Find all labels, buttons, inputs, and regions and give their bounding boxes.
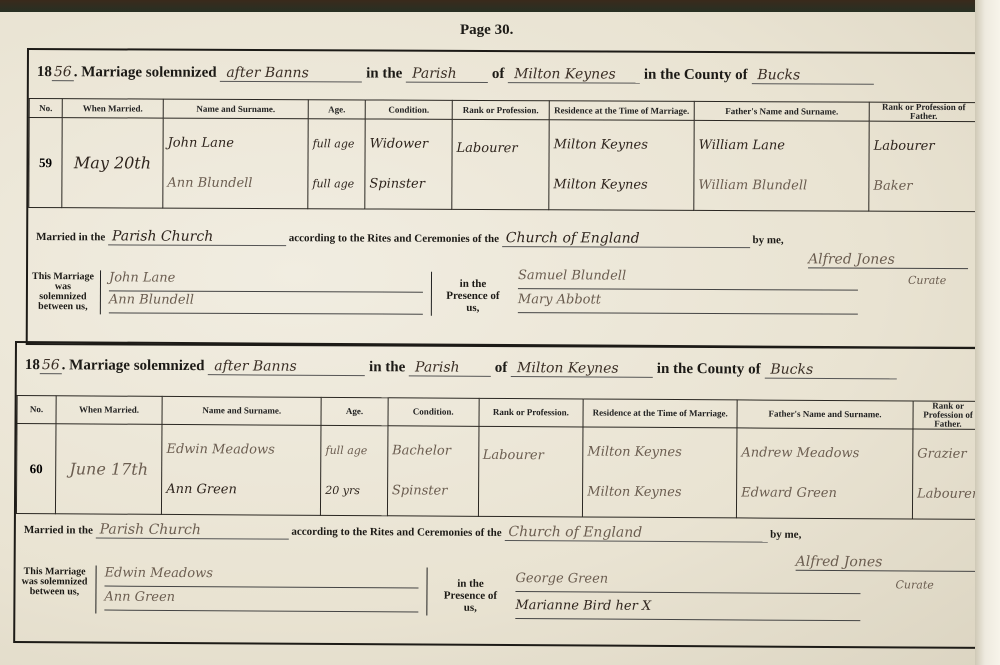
header-condition: Condition. xyxy=(388,398,479,427)
header-condition: Condition. xyxy=(365,100,452,119)
bride-residence: Milton Keynes xyxy=(553,177,689,193)
header-rank: Rank or Profession. xyxy=(479,398,584,427)
of-label: of xyxy=(492,66,505,82)
presence-label: in the Presence of us, xyxy=(443,278,503,314)
groom-father-rank: Labourer xyxy=(874,139,974,154)
groom-age: full age xyxy=(325,444,383,457)
entry-number: 60 xyxy=(16,424,55,514)
header-name: Name and Surname. xyxy=(162,396,321,425)
groom-father-rank: Grazier xyxy=(917,447,978,462)
bride-condition: Spinster xyxy=(369,176,447,191)
marriage-entry-59: 1856. Marriage solemnized after Banns in… xyxy=(26,48,981,349)
bride-age: full age xyxy=(312,177,360,190)
married-in-label: Married in the xyxy=(36,231,105,243)
groom-residence: Milton Keynes xyxy=(587,444,732,460)
header-when-married: When Married. xyxy=(56,396,162,425)
bride-name: Ann Green xyxy=(166,482,316,498)
this-marriage-label: This Marriage was solemnized between us, xyxy=(19,567,89,597)
year-suffix: 56 xyxy=(40,357,62,374)
groom-condition: Widower xyxy=(370,136,448,151)
bride-signature: Ann Green xyxy=(104,590,418,613)
rites-value: Church of England xyxy=(502,230,750,248)
bride-residence: Milton Keynes xyxy=(587,484,732,500)
presence-label: in the Presence of us, xyxy=(440,578,500,614)
witness-1: Samuel Blundell xyxy=(518,268,858,290)
witness-2: Marianne Bird her X xyxy=(515,598,860,621)
groom-rank: Labourer xyxy=(457,141,545,156)
header-father-rank: Rank or Profession of Father. xyxy=(913,401,983,429)
groom-age: full age xyxy=(313,137,361,150)
bride-father-name: Edward Green xyxy=(741,485,908,501)
bride-rank xyxy=(483,495,579,496)
married-in-value: Parish Church xyxy=(108,228,286,246)
place-value: Milton Keynes xyxy=(508,66,640,84)
header-when-married: When Married. xyxy=(62,99,163,118)
header-rank: Rank or Profession. xyxy=(452,100,549,119)
header-father-name: Father's Name and Surname. xyxy=(737,400,913,429)
solemnized-label: . Marriage solemnized xyxy=(74,64,217,81)
of-label: of xyxy=(735,67,748,83)
county-value: Bucks xyxy=(751,67,873,85)
groom-condition: Bachelor xyxy=(392,443,474,458)
marriage-entry-60: 1856. Marriage solemnized after Banns in… xyxy=(13,341,986,649)
in-the-label: in the xyxy=(369,359,405,375)
header-no: No. xyxy=(17,396,56,424)
married-in-value: Parish Church xyxy=(96,521,289,539)
header-father-name: Father's Name and Surname. xyxy=(694,101,869,121)
solemnized-value: after Banns xyxy=(220,65,362,83)
year-suffix: 56 xyxy=(52,64,74,81)
bride-signature: Ann Blundell xyxy=(109,292,423,314)
district-value: Parish xyxy=(406,66,488,83)
groom-father-name: William Lane xyxy=(699,138,865,154)
by-me-label: by me, xyxy=(752,234,783,246)
district-value: Parish xyxy=(409,359,491,377)
according-label: according to the Rites and Ceremonies of… xyxy=(289,232,499,245)
when-married: June 17th xyxy=(55,424,162,515)
county-value: Bucks xyxy=(764,362,896,380)
header-residence: Residence at the Time of Marriage. xyxy=(549,101,694,121)
bride-age: 20 yrs xyxy=(325,484,383,497)
year-prefix: 18 xyxy=(37,64,52,80)
of-label: of xyxy=(495,360,508,376)
header-no: No. xyxy=(29,99,62,118)
header-father-rank: Rank or Profession of Father. xyxy=(869,102,978,121)
minister-signature: Alfred Jones xyxy=(808,251,968,269)
this-marriage-label: This Marriage was solemnized between us, xyxy=(32,272,94,312)
county-label: in the County xyxy=(657,361,745,378)
bride-name: Ann Blundell xyxy=(167,176,303,192)
page-number: Page 30. xyxy=(460,22,513,39)
bride-father-rank: Labourer xyxy=(917,487,978,502)
bride-father-name: William Blundell xyxy=(698,178,864,194)
couple-signatures: Edwin Meadows Ann Green xyxy=(95,565,427,615)
entry-table: No. When Married. Name and Surname. Age.… xyxy=(16,395,984,520)
witness-2: Mary Abbott xyxy=(518,292,858,314)
of-label: of xyxy=(748,361,761,377)
entry-headline: 1856. Marriage solemnized after Banns in… xyxy=(37,64,874,85)
married-in-label: Married in the xyxy=(24,524,93,536)
solemnized-label: . Marriage solemnized xyxy=(62,357,205,374)
groom-father-name: Andrew Meadows xyxy=(741,445,908,461)
groom-signature: Edwin Meadows xyxy=(105,566,419,589)
entry-number: 59 xyxy=(29,118,62,208)
couple-signatures: John Lane Ann Blundell xyxy=(100,270,432,315)
header-age: Age. xyxy=(321,397,388,425)
groom-rank: Labourer xyxy=(483,448,579,464)
witness-1: George Green xyxy=(515,571,860,594)
groom-name: Edwin Meadows xyxy=(166,442,316,458)
book-spine-edge xyxy=(975,0,1000,665)
groom-name: John Lane xyxy=(168,136,304,152)
groom-signature: John Lane xyxy=(109,270,423,292)
rites-value: Church of England xyxy=(504,524,767,543)
place-value: Milton Keynes xyxy=(511,360,653,378)
register-page: Page 30. 1856. Marriage solemnized after… xyxy=(0,12,985,665)
groom-residence: Milton Keynes xyxy=(554,137,690,153)
year-prefix: 18 xyxy=(25,357,40,373)
header-age: Age. xyxy=(308,100,365,119)
married-in-line: Married in the Parish Church according t… xyxy=(24,521,802,543)
when-married: May 20th xyxy=(62,118,163,208)
minister-signature: Alfred Jones xyxy=(796,554,976,572)
entry-table: No. When Married. Name and Surname. Age.… xyxy=(28,98,978,212)
bride-father-rank: Baker xyxy=(873,179,973,194)
by-me-label: by me, xyxy=(770,529,801,541)
county-label: in the County xyxy=(644,67,732,83)
according-label: according to the Rites and Ceremonies of… xyxy=(291,526,501,539)
header-name: Name and Surname. xyxy=(163,99,308,119)
in-the-label: in the xyxy=(366,65,402,81)
minister-title: Curate xyxy=(895,578,933,591)
married-in-line: Married in the Parish Church according t… xyxy=(36,228,784,248)
minister-title: Curate xyxy=(908,274,946,287)
bride-condition: Spinster xyxy=(392,483,474,498)
solemnized-value: after Banns xyxy=(208,358,365,376)
entry-headline: 1856. Marriage solemnized after Banns in… xyxy=(25,357,897,379)
header-residence: Residence at the Time of Marriage. xyxy=(583,399,737,428)
